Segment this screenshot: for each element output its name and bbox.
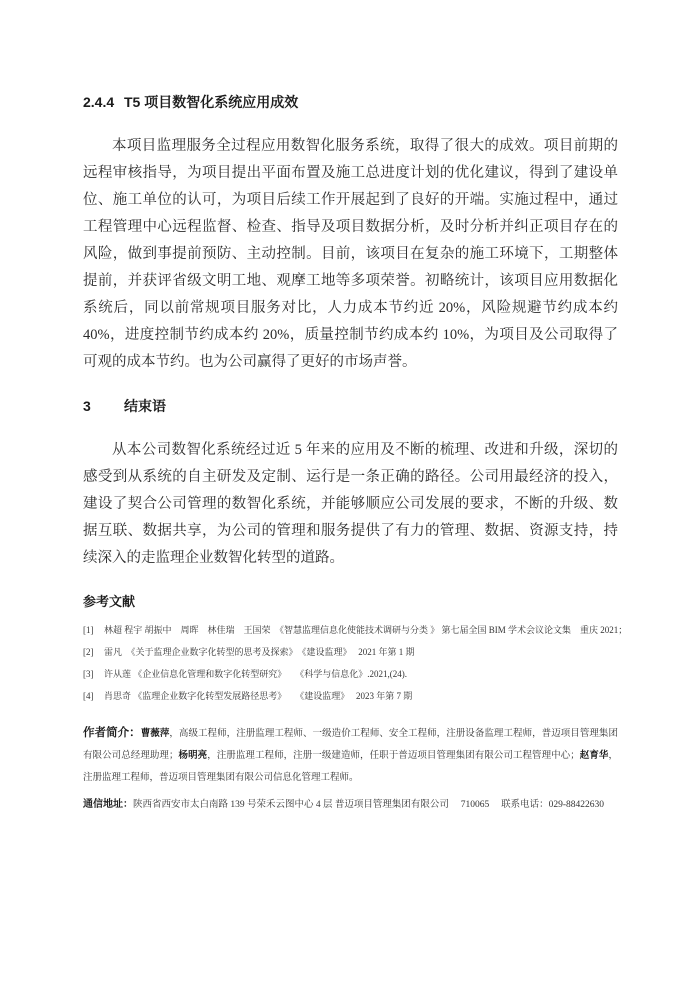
document-page: 2.4.4T5 项目数智化系统应用成效 本项目监理服务全过程应用数智化服务系统，… (0, 0, 700, 990)
section-number: 3 (83, 397, 124, 416)
reference-text: 雷凡 《关于监理企业数字化转型的思考及探索》 《建设监理》 2021 年第 1 … (104, 647, 415, 657)
paragraph-project-results: 本项目监理服务全过程应用数智化服务系统，取得了很大的成效。项目前期的远程审核指导… (83, 133, 618, 376)
author-bio: 作者简介：曹薇萍，高级工程师，注册监理工程师、一级造价工程师、安全工程师，注册设… (83, 722, 618, 789)
section-heading-2-4-4: 2.4.4T5 项目数智化系统应用成效 (83, 93, 618, 112)
contact-address: 通信地址：陕西省西安市太白南路 139 号荣禾云图中心 4 层 普迈项目管理集团… (83, 796, 618, 814)
reference-item: [3]许从莲 《企业信息化管理和数字化转型研究》 《科学与信息化》.2021,(… (83, 663, 618, 685)
reference-label: [2] (83, 641, 104, 663)
author-bio-text: ，注册监理工程师，注册一级建造师，任职于普迈项目管理集团有限公司工程管理中心； (207, 751, 580, 761)
section-title: 结束语 (124, 398, 166, 414)
reference-label: [3] (83, 663, 104, 685)
reference-item: [2]雷凡 《关于监理企业数字化转型的思考及探索》 《建设监理》 2021 年第… (83, 641, 618, 663)
reference-label: [1] (83, 619, 104, 641)
reference-item: [4]肖思奇 《监理企业数字化转型发展路径思考》 《建设监理》 2023 年第 … (83, 685, 618, 707)
contact-label: 通信地址： (83, 799, 133, 810)
author-name: 杨明亮 (178, 751, 207, 761)
section-title: T5 项目数智化系统应用成效 (124, 94, 298, 110)
references-heading: 参考文献 (83, 593, 618, 610)
section-heading-3: 3结束语 (83, 397, 618, 416)
reference-text: 肖思奇 《监理企业数字化转型发展路径思考》 《建设监理》 2023 年第 7 期 (104, 691, 412, 701)
reference-text: 许从莲 《企业信息化管理和数字化转型研究》 《科学与信息化》.2021,(24)… (104, 669, 407, 679)
author-name: 曹薇萍 (141, 729, 170, 739)
reference-label: [4] (83, 685, 104, 707)
reference-text: 林超 程宇 胡振中 周晖 林佳瑞 王国荣 《智慧监理信息化使能技术调研与分类 》… (104, 625, 627, 635)
references-list: [1]林超 程宇 胡振中 周晖 林佳瑞 王国荣 《智慧监理信息化使能技术调研与分… (83, 619, 618, 707)
section-number: 2.4.4 (83, 93, 124, 112)
reference-item: [1]林超 程宇 胡振中 周晖 林佳瑞 王国荣 《智慧监理信息化使能技术调研与分… (83, 619, 618, 641)
contact-text: 陕西省西安市太白南路 139 号荣禾云图中心 4 层 普迈项目管理集团有限公司 … (133, 800, 604, 810)
paragraph-conclusion: 从本公司数智化系统经过近 5 年来的应用及不断的梳理、改进和升级，深切的感受到从… (83, 437, 618, 572)
author-name: 赵育华 (580, 751, 609, 761)
author-bio-label: 作者简介： (83, 727, 141, 739)
